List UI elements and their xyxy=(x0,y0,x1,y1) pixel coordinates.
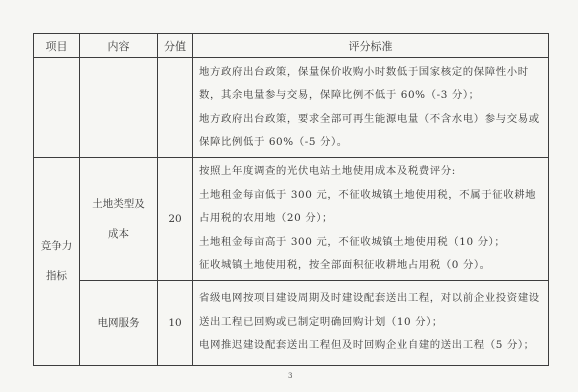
criteria-line: 按照上年度调查的光伏电站土地使用成本及税费评分: xyxy=(199,160,544,184)
header-score: 分值 xyxy=(158,34,193,58)
header-criteria: 评分标准 xyxy=(193,34,549,58)
score-cell xyxy=(158,58,193,158)
content-cell: 电网服务 xyxy=(80,280,158,365)
criteria-line: 征收城镇土地使用税，按全部面积征收耕地占用税（0 分）。 xyxy=(199,254,544,278)
table-row: 地方政府出台政策，保量保价收购小时数低于国家核定的保障性小时数，其余电量参与交易… xyxy=(34,58,549,158)
criteria-line: 地方政府出台政策，保量保价收购小时数低于国家核定的保障性小时数，其余电量参与交易… xyxy=(199,61,544,108)
content-label: 土地类型及成本 xyxy=(92,198,145,240)
table-row: 电网服务 10 省级电网按项目建设周期及时建设配套送出工程，对以前企业投资建设送… xyxy=(34,280,549,365)
criteria-line: 省级电网按项目建设周期及时建设配套送出工程，对以前企业投资建设送出工程已回购或已… xyxy=(199,287,544,334)
item-label: 竞争力指标 xyxy=(41,240,73,282)
criteria-cell: 省级电网按项目建设周期及时建设配套送出工程，对以前企业投资建设送出工程已回购或已… xyxy=(193,280,549,365)
criteria-line: 地方政府出台政策，要求全部可再生能源电量（不含水电）参与交易或保障比例低于 60… xyxy=(199,108,544,155)
item-cell: 竞争力指标 xyxy=(34,158,80,366)
criteria-line: 土地租金每亩高于 300 元，不征收城镇土地使用税（10 分）； xyxy=(199,231,544,255)
criteria-line: 土地租金每亩低于 300 元，不征收城镇土地使用税，不属于征收耕地占用税的农用地… xyxy=(199,184,544,231)
item-cell-continued xyxy=(34,58,80,158)
criteria-cell: 按照上年度调查的光伏电站土地使用成本及税费评分: 土地租金每亩低于 300 元，… xyxy=(193,158,549,281)
content-cell: 土地类型及成本 xyxy=(80,158,158,281)
criteria-cell: 地方政府出台政策，保量保价收购小时数低于国家核定的保障性小时数，其余电量参与交易… xyxy=(193,58,549,158)
criteria-line: 电网推迟建设配套送出工程但及时回购企业自建的送出工程（5 分）； xyxy=(199,334,544,358)
scoring-table: 项目 内容 分值 评分标准 地方政府出台政策，保量保价收购小时数低于国家核定的保… xyxy=(33,33,549,366)
page-number: 3 xyxy=(288,372,292,380)
header-row: 项目 内容 分值 评分标准 xyxy=(34,34,549,58)
header-content: 内容 xyxy=(80,34,158,58)
content-cell xyxy=(80,58,158,158)
score-cell: 10 xyxy=(158,280,193,365)
header-item: 项目 xyxy=(34,34,80,58)
table-row: 竞争力指标 土地类型及成本 20 按照上年度调查的光伏电站土地使用成本及税费评分… xyxy=(34,158,549,281)
score-cell: 20 xyxy=(158,158,193,281)
